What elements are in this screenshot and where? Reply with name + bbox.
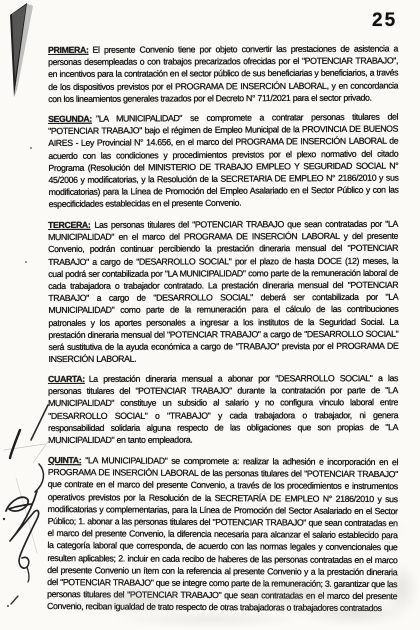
margin-signature-mark (0, 398, 70, 613)
clause-label: CUARTA: (48, 374, 85, 384)
clause-cuarta: CUARTA:La prestación dineraria mensual a… (48, 372, 398, 446)
clause-text: "LA MUNICIPALIDAD" se compromete a: real… (47, 456, 398, 614)
clause-tercera: TERCERA:Las personas titulares del "POTE… (48, 217, 399, 365)
clause-segunda: SEGUNDA:"LA MUNICIPALIDAD" se compromete… (48, 111, 399, 211)
clause-label: SEGUNDA: (48, 114, 92, 124)
clause-text: El presente Convenio tiene por objeto co… (48, 43, 398, 103)
page-number: 25 (372, 10, 397, 32)
scanned-document-page: 25 PRIMERA:El presente Convenio tiene po… (0, 0, 420, 630)
document-body: PRIMERA:El presente Convenio tiene por o… (48, 44, 398, 621)
clause-text: La prestación dineraria mensual a abonar… (48, 373, 398, 445)
clause-text: Las personas titulares del "POTENCIAR TR… (48, 218, 398, 363)
clause-label: PRIMERA: (48, 45, 89, 55)
scan-corner-fold-mark (0, 0, 40, 105)
clause-quinta: QUINTA:"LA MUNICIPALIDAD" se compromete … (47, 454, 398, 615)
ink-dot (25, 261, 27, 263)
clause-primera: PRIMERA:El presente Convenio tiene por o… (48, 42, 398, 105)
clause-label: TERCERA: (48, 219, 90, 229)
ink-dot (30, 147, 32, 149)
clause-text: "LA MUNICIPALIDAD" se compromete a contr… (48, 112, 398, 210)
pen-scratch-mark (4, 592, 24, 610)
